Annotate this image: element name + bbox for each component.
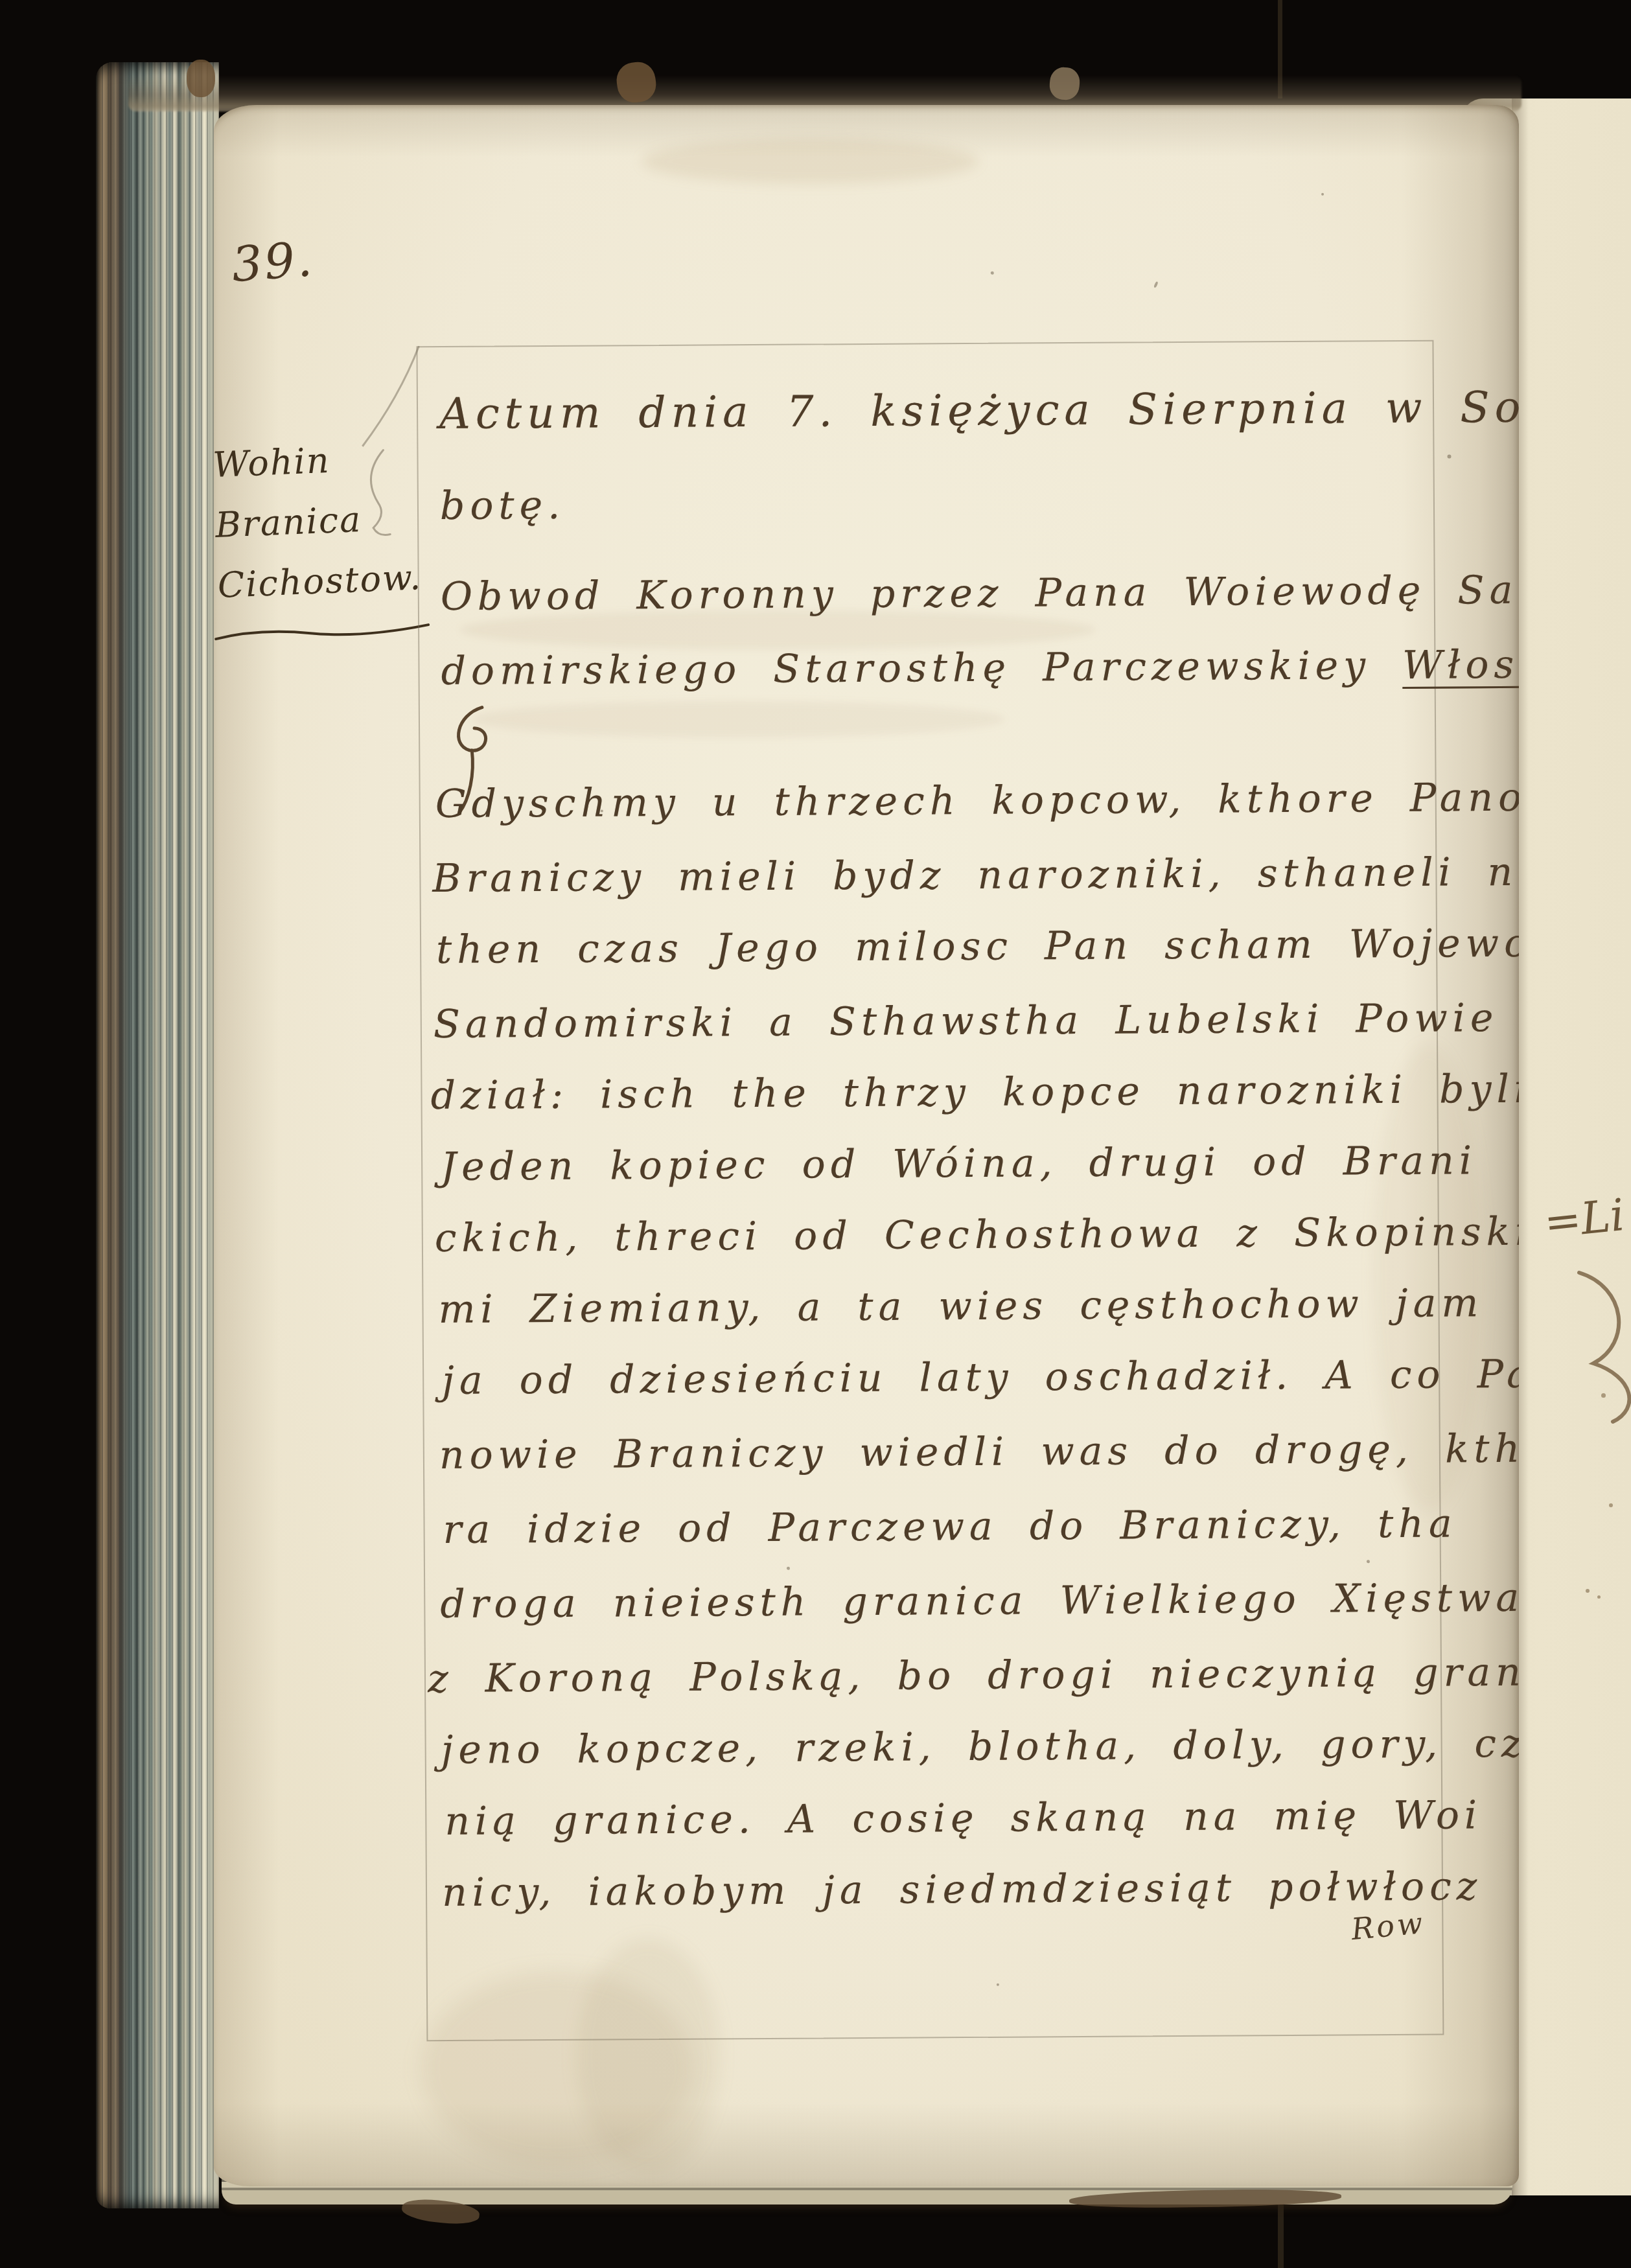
- manuscript-line: z Koroną Polską, bo drogi nieczynią gran…: [428, 1652, 1519, 1698]
- manuscript-line: Jeden kopiec od Wóina, drugi od Brani: [441, 1141, 1477, 1186]
- ink-speck: [997, 1984, 999, 1986]
- underlined-word: Włosci: [1402, 642, 1519, 688]
- manuscript-line: Gdyschmy u thrzech kopcow, kthore Panowi…: [435, 778, 1519, 824]
- main-page: 39. Wohin Branica Cichostow. Ac: [214, 105, 1519, 2186]
- ink-speck: [787, 1567, 790, 1570]
- manuscript-line: botę.: [440, 486, 566, 526]
- manuscript-line: ckich, threci od Cechosthowa z Skopinski…: [435, 1212, 1519, 1258]
- manuscript-line: Sandomirski a Sthawstha Lubelski Powie: [434, 999, 1499, 1044]
- line-segment: domirskiego Starosthę Parczewskiey: [441, 643, 1402, 694]
- manuscript-line: ra idzie od Parczewa do Braniczy, tha: [443, 1504, 1457, 1549]
- right-page-ink-dot: [1586, 1589, 1590, 1593]
- manuscript-line: domirskiego Starosthę Parczewskiey Włosc…: [441, 645, 1519, 691]
- ink-speck: [1321, 193, 1324, 196]
- margin-note-line: Cichostow.: [216, 547, 439, 616]
- margin-note-underline: [214, 618, 434, 645]
- ink-speck: [1367, 1560, 1370, 1563]
- manuscript-line: jeno kopcze, rzeki, blotha, doly, gory, …: [441, 1724, 1519, 1770]
- ink-speck: [991, 272, 994, 275]
- right-page-flourish: [1570, 1265, 1631, 1433]
- manuscript-line: Braniczy mieli bydz narozniki, sthaneli …: [432, 853, 1519, 898]
- manuscript-line: nią granice. A cosię skaną na mię Woi: [445, 1796, 1482, 1841]
- book-photo: =Li 39. Wohin Branica Cichost: [0, 0, 1631, 2268]
- right-page-ink-dot: [1601, 1393, 1606, 1398]
- manuscript-line: nowie Braniczy wiedli was do drogę, ktho: [439, 1429, 1519, 1475]
- page-content: 39. Wohin Branica Cichostow. Ac: [214, 105, 1519, 2186]
- left-page-edges: [96, 62, 219, 2208]
- manuscript-line: Actum dnia 7. księżyca Sierpnia w So—: [439, 386, 1519, 435]
- top-fray-nub: [187, 60, 215, 97]
- right-page-ink-dot: [1597, 1595, 1601, 1599]
- manuscript-line: dział: isch the thrzy kopce narozniki by…: [430, 1070, 1519, 1115]
- right-page-text-fragment: =Li: [1542, 1194, 1626, 1246]
- ink-speck: [1448, 454, 1452, 458]
- ink-speck: [1153, 281, 1159, 288]
- right-page-ink-dot: [1609, 1503, 1613, 1507]
- manuscript-line: then czas Jego milosc Pan scham Wojewoda: [436, 923, 1519, 969]
- manuscript-line: ja od dziesieńciu laty oschadził. A co P…: [442, 1355, 1519, 1400]
- manuscript-line: droga nieiesth granica Wielkiego Xięstwa: [440, 1579, 1519, 1624]
- manuscript-line: mi Ziemiany, a ta wies cęsthochow jam: [438, 1284, 1483, 1329]
- manuscript-line: nicy, iakobym ja siedmdziesiąt połwłocz: [442, 1867, 1483, 1912]
- corner-scratch-mark: [343, 336, 435, 550]
- page-number: 39.: [230, 235, 316, 289]
- ink-speck: [601, 809, 603, 812]
- catchword: Row: [1350, 1908, 1426, 1944]
- manuscript-line: Obwod Koronny przez Pana Woiewodę San: [441, 571, 1519, 616]
- background-artifact-line-bottom: [1278, 2198, 1284, 2268]
